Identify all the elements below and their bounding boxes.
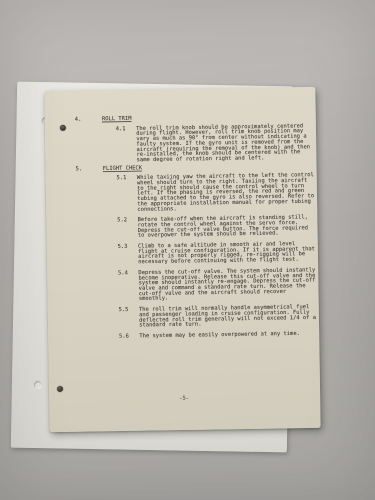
item-text: While taxiing yaw the aircraft to the le… — [137, 172, 317, 211]
page-number: -5- — [179, 395, 189, 401]
punch-hole-bottom — [57, 386, 63, 392]
section-item: 5.4 Depress the cut-off valve. The syste… — [77, 267, 322, 302]
section-number: 4. — [75, 116, 102, 122]
item-number: 5.2 — [117, 217, 138, 238]
section-item: 5.2 Before take-off when the aircraft is… — [76, 214, 321, 239]
item-number: 5.4 — [118, 270, 139, 302]
punch-hole-outline-bottom — [34, 381, 42, 389]
document-body: 4. ROLL TRIM 4.1 The roll trim knob shou… — [75, 113, 323, 340]
item-text: Before take-off when the aircraft is sta… — [138, 214, 318, 238]
punch-hole-top — [60, 125, 66, 131]
item-text: The system may be easily overpowered at … — [139, 330, 319, 338]
item-number: 5.1 — [116, 175, 137, 212]
section-item: 5.1 While taxiing yaw the aircraft to th… — [76, 172, 321, 213]
section-number: 5. — [76, 166, 103, 172]
section-title: FLIGHT CHECK — [103, 165, 142, 171]
item-text: The roll trim will normally handle asymm… — [139, 304, 319, 328]
photo-background: 4. ROLL TRIM 4.1 The roll trim knob shou… — [0, 0, 375, 500]
item-number: 5.3 — [118, 244, 139, 265]
item-text: Climb to a safe altitude in smooth air a… — [138, 241, 318, 265]
item-text: The roll trim knob should be approximate… — [136, 123, 316, 162]
section-item: 5.3 Climb to a safe altitude in smooth a… — [77, 241, 322, 266]
item-number: 5.6 — [119, 333, 139, 339]
section-item: 5.5 The roll trim will normally handle a… — [78, 304, 323, 329]
item-number: 5.5 — [119, 307, 140, 328]
section-item: 5.6 The system may be easily overpowered… — [78, 330, 323, 339]
section-title: ROLL TRIM — [102, 116, 132, 122]
section-heading: 4. ROLL TRIM — [75, 113, 320, 122]
item-text: Depress the cut-off valve. The system sh… — [138, 267, 318, 301]
section-item: 4.1 The roll trim knob should be approxi… — [75, 123, 320, 164]
section-roll-trim: 4. ROLL TRIM 4.1 The roll trim knob shou… — [75, 113, 321, 164]
item-number: 4.1 — [116, 126, 137, 163]
section-flight-check: 5. FLIGHT CHECK 5.1 While taxiing yaw th… — [76, 162, 323, 339]
document-page: 4. ROLL TRIM 4.1 The roll trim knob shou… — [44, 87, 320, 432]
section-heading: 5. FLIGHT CHECK — [76, 162, 321, 171]
